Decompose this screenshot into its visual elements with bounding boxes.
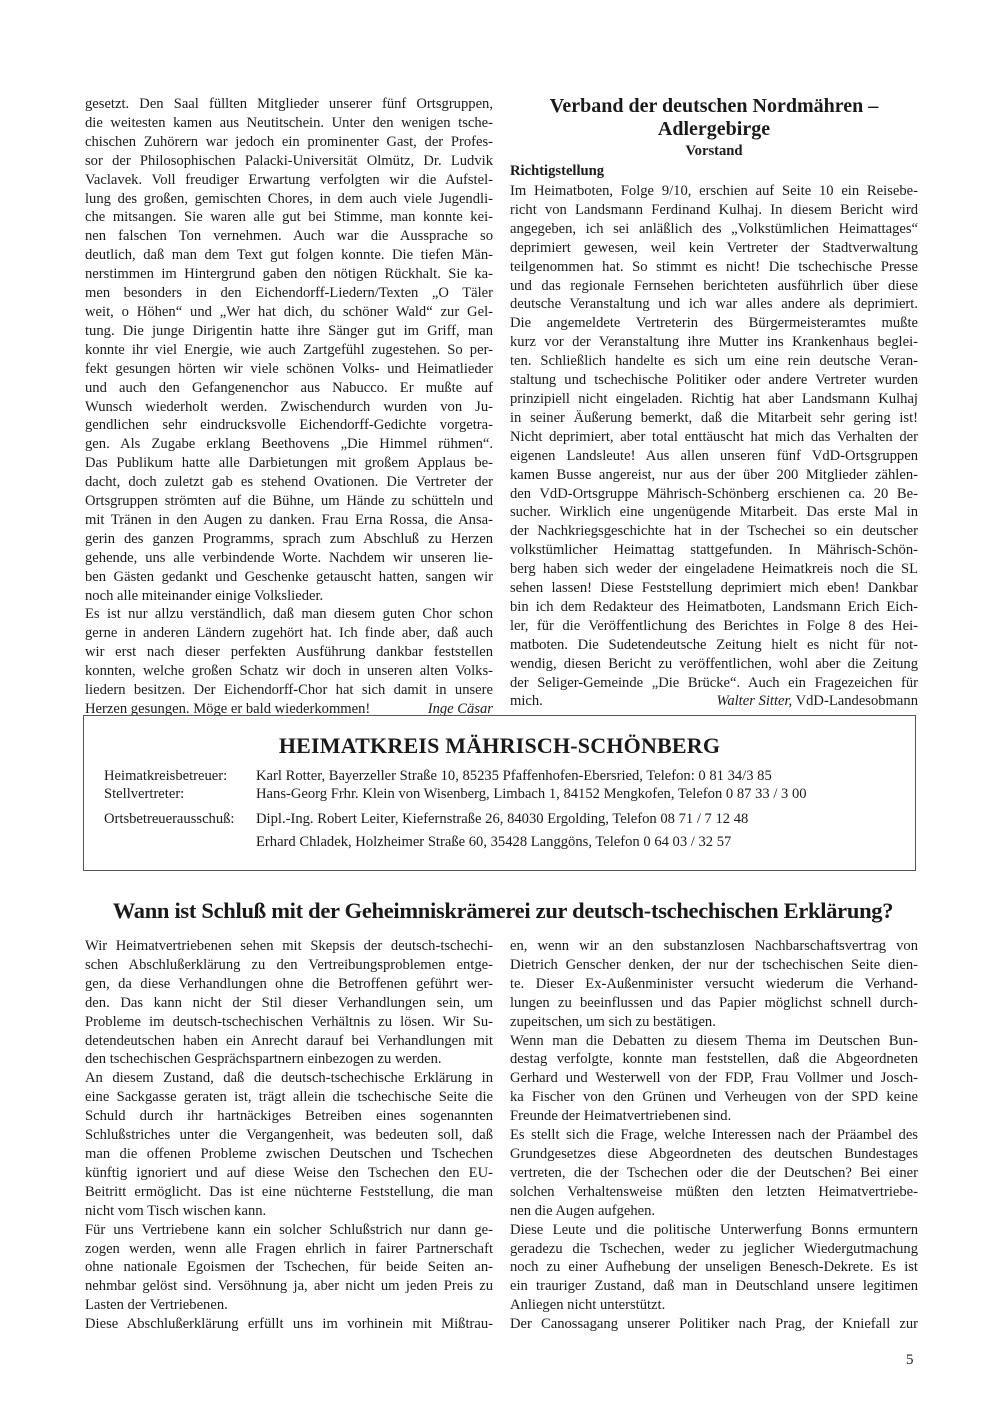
text-line: sucher. Wirklich eine ungenügende Mitarb… — [510, 503, 918, 522]
text-line: Die angemeldete Vertreterin des Bürgerme… — [510, 314, 918, 333]
text-line: geradezu die Tschechen, weder zu jeglich… — [510, 1240, 918, 1259]
text-line: Diese Abschlußerklärung erfüllt uns im v… — [85, 1315, 493, 1334]
contact-label: Heimatkreisbetreuer: — [104, 767, 256, 785]
text-line: Im Heimatboten, Folge 9/10, erschien auf… — [510, 182, 918, 201]
text-line: chischen Zuhörern war jedoch ein promine… — [85, 133, 493, 152]
text-line: berg haben sich weder der eingeladene He… — [510, 560, 918, 579]
article-body: Im Heimatboten, Folge 9/10, erschien auf… — [510, 182, 918, 692]
contact-value: Hans-Georg Frhr. Klein von Wisenberg, Li… — [256, 786, 807, 802]
text-line: Wenn man die Debatten zu diesem Thema im… — [510, 1032, 918, 1051]
section-subheading: Vorstand — [510, 141, 918, 161]
text-line: che mitsangen. Sie waren alle gut bei St… — [85, 208, 493, 227]
page-number: 5 — [906, 1352, 914, 1369]
text-line: bin ich dem Redakteur des Heimatboten, L… — [510, 598, 918, 617]
text-line: Ortsgruppen strömten auf die Bühne, um H… — [85, 492, 493, 511]
text-line: staltung und tschechische Politiker oder… — [510, 371, 918, 390]
text-line: sehen lassen! Diese Feststellung deprimi… — [510, 579, 918, 598]
contact-label: Stellvertreter: — [104, 785, 256, 803]
contact-value: Karl Rotter, Bayerzeller Straße 10, 8523… — [256, 768, 772, 784]
text-line: Grundgesetzes diese Abgeordneten des deu… — [510, 1145, 918, 1164]
text-line: deutsche Veranstaltung und ich war alles… — [510, 295, 918, 314]
text-line: den tschechischen Gesprächspartnern einb… — [85, 1050, 493, 1069]
text-line: te. Dieser Ex-Außenminister versucht wie… — [510, 975, 918, 994]
contact-row: Erhard Chladek, Holzheimer Straße 60, 35… — [104, 833, 731, 851]
text-line: zogen werden, wenn alle Fragen ehrlich i… — [85, 1240, 493, 1259]
section-heading-line2: Adlergebirge — [510, 118, 918, 141]
text-line: kamen Busse angereist, nur aus der über … — [510, 466, 918, 485]
text-line: prinzipiell nicht eingeladen. Richtig ha… — [510, 390, 918, 409]
contact-row: Ortsbetreuerausschuß:Dipl.-Ing. Robert L… — [104, 810, 748, 828]
contact-row: Heimatkreisbetreuer:Karl Rotter, Bayerze… — [104, 767, 772, 785]
text-line: konnte ihr viel Energie, wie auch Zartge… — [85, 341, 493, 360]
text-line: lungen zu beeinflussen und das Papier mö… — [510, 994, 918, 1013]
contact-label: Ortsbetreuerausschuß: — [104, 810, 256, 828]
paragraph: gesetzt. Den Saal füllten Mitglieder uns… — [85, 95, 493, 605]
text-line: Gerhard und Westerwell von der FDP, Frau… — [510, 1069, 918, 1088]
heimatkreis-contact-box: HEIMATKREIS MÄHRISCH-SCHÖNBERG Heimatkre… — [83, 715, 916, 871]
article-continuation-chor: gesetzt. Den Saal füllten Mitglieder uns… — [85, 95, 493, 719]
text-line: nen die Augen aufgehen. — [510, 1202, 918, 1221]
text-line: ka Fischer von den Grünen und Verheugen … — [510, 1088, 918, 1107]
text-line: nehmbar gelöst sind. Versöhnung ja, aber… — [85, 1277, 493, 1296]
text-line: Es stellt sich die Frage, welche Interes… — [510, 1126, 918, 1145]
closing-text: mich. — [510, 692, 543, 711]
article-title: Richtigstellung — [510, 161, 918, 182]
contact-value: Dipl.-Ing. Robert Leiter, Kiefernstraße … — [256, 811, 748, 827]
text-line: mit Tränen in den Augen zu danken. Frau … — [85, 511, 493, 530]
text-line: destag verfolgte, konnte man feststellen… — [510, 1050, 918, 1069]
text-line: den. Das kann nicht der Stil dieser Verh… — [85, 994, 493, 1013]
text-line: sor der Philosophischen Palacki-Universi… — [85, 152, 493, 171]
text-line: liedern besitzen. Der Eichendorff-Chor h… — [85, 681, 493, 700]
text-line: lung des großen, gemischten Chores, in d… — [85, 190, 493, 209]
text-line: gesetzt. Den Saal füllten Mitglieder uns… — [85, 95, 493, 114]
text-line: künftig ignoriert und auf diese Weise de… — [85, 1164, 493, 1183]
text-line: gendlichen sehr eindrucksvolle Eichendor… — [85, 416, 493, 435]
text-line: Probleme im deutsch-tschechischen Verhäl… — [85, 1013, 493, 1032]
box-title: HEIMATKREIS MÄHRISCH-SCHÖNBERG — [84, 733, 915, 759]
text-line: noch alle miteinander einige Volkslieder… — [85, 587, 493, 606]
text-line: ler, für die Veröffentlichung des Berich… — [510, 617, 918, 636]
signature-line: mich. Walter Sitter, VdD-Landesobmann — [510, 692, 918, 711]
text-line: Nicht deprimiert, aber total enttäuscht … — [510, 428, 918, 447]
text-line: gehende, uns alle verbindende Worte. Nac… — [85, 549, 493, 568]
text-line: matboten. Die Sudetendeutsche Zeitung hi… — [510, 636, 918, 655]
text-line: Lasten der Vertriebenen. — [85, 1296, 493, 1315]
text-line: gerin des ganzen Programms, sprach zum A… — [85, 530, 493, 549]
paragraph: Es ist nur allzu verständlich, daß man d… — [85, 605, 493, 700]
text-line: tung. Die junge Dirigentin hatte ihre Sä… — [85, 322, 493, 341]
article-column-right: en, wenn wir an den substanzlosen Nachba… — [510, 937, 918, 1334]
text-line: der Nachkriegsgeschichte hat in der Tsch… — [510, 522, 918, 541]
text-line: Für uns Vertriebene kann ein solcher Sch… — [85, 1221, 493, 1240]
article-richtigstellung: Verband der deutschen Nordmähren – Adler… — [510, 95, 918, 711]
article-headline: Wann ist Schluß mit der Geheimniskrämere… — [88, 898, 918, 924]
contact-row: Stellvertreter:Hans-Georg Frhr. Klein vo… — [104, 785, 807, 803]
text-line: solchen Verhaltensweise müßten den letzt… — [510, 1183, 918, 1202]
text-line: ein trauriger Zustand, daß man in Deutsc… — [510, 1277, 918, 1296]
text-line: weit, o Höhen“ und „Wer hat dich, du sch… — [85, 303, 493, 322]
text-line: angegeben, ich sei anläßlich des „Volkst… — [510, 220, 918, 239]
text-line: teilgenommen hat. So stimmt es nicht! Di… — [510, 258, 918, 277]
text-line: gen. Als Zugabe erklang Beethovens „Die … — [85, 435, 493, 454]
text-line: konnten, welche großen Schatz wir doch i… — [85, 662, 493, 681]
text-line: vertreten, die der Tschechen oder die de… — [510, 1164, 918, 1183]
text-line: den VdD-Ortsgruppe Mährisch-Schönberg er… — [510, 485, 918, 504]
text-line: wir erst nach dieser perfekten Ausführun… — [85, 643, 493, 662]
text-line: der Seliger-Gemeinde „Die Brücke“. Auch … — [510, 674, 918, 693]
text-line: dacht, doch zuletzt gab es stehend Ovati… — [85, 473, 493, 492]
author-name: Walter Sitter, — [717, 693, 793, 709]
text-line: deutlich, daß man dem Text gut folgen ko… — [85, 246, 493, 265]
text-line: in seiner Äußerung bemerkt, daß die Mita… — [510, 409, 918, 428]
article-column-left: Wir Heimatvertriebenen sehen mit Skepsis… — [85, 937, 493, 1334]
text-line: Der Canossagang unserer Politiker nach P… — [510, 1315, 918, 1334]
text-line: gerne in anderen Ländern zugehört hat. I… — [85, 624, 493, 643]
text-line: Wir Heimatvertriebenen sehen mit Skepsis… — [85, 937, 493, 956]
text-line: wendig, diesen Bericht zu veröffentliche… — [510, 655, 918, 674]
text-line: Beitritt ermöglicht. Das ist eine nüchte… — [85, 1183, 493, 1202]
text-line: volkstümlicher Heimattag stattgefunden. … — [510, 541, 918, 560]
text-line: noch zu einer Aufhebung der unseligen Be… — [510, 1258, 918, 1277]
text-line: nerstimmen im Hintergrund gaben den nöti… — [85, 265, 493, 284]
section-heading: Verband der deutschen Nordmähren – — [510, 95, 918, 118]
text-line: richt von Landsmann Ferdinand Kulhaj. In… — [510, 201, 918, 220]
text-line: Das Publikum hatte alle Darbietungen mit… — [85, 454, 493, 473]
text-line: Dietrich Genscher denken, der nur der ts… — [510, 956, 918, 975]
contact-value: Erhard Chladek, Holzheimer Straße 60, 35… — [256, 834, 731, 850]
text-line: An diesem Zustand, daß die deutsch-tsche… — [85, 1069, 493, 1088]
text-line: fekt gesungen hörten wir viele schönen V… — [85, 360, 493, 379]
text-line: man die offenen Probleme zwischen Deutsc… — [85, 1145, 493, 1164]
text-line: zupeitschen, um sich zu bestätigen. — [510, 1013, 918, 1032]
text-line: und das regionale Fernsehen berichteten … — [510, 277, 918, 296]
text-line: Freunde der Heimatvertriebenen sind. — [510, 1107, 918, 1126]
author-role: VdD-Landesobmann — [796, 693, 918, 709]
text-line: eigenen Landsleute! Aus allen unseren fü… — [510, 447, 918, 466]
text-line: die weitesten kamen aus Neutitschein. Un… — [85, 114, 493, 133]
text-line: schen Abschlußerklärung zu den Vertreibu… — [85, 956, 493, 975]
text-line: Vaclavek. Voll freudiger Erwartung verfo… — [85, 171, 493, 190]
text-line: Diese Leute und die politische Unterwerf… — [510, 1221, 918, 1240]
text-line: Schuld durch ihr hartnäckiges Betreiben … — [85, 1107, 493, 1126]
text-line: deprimiert gewesen, weil kein Vertreter … — [510, 239, 918, 258]
text-line: kurz vor der Veranstaltung ihre Mutter i… — [510, 333, 918, 352]
text-line: Anliegen nicht unterstützt. — [510, 1296, 918, 1315]
text-line: ben Gästen gedankt und Geschenke getausc… — [85, 568, 493, 587]
text-line: en, wenn wir an den substanzlosen Nachba… — [510, 937, 918, 956]
text-line: Schlußstriches unter die Vergangenheit, … — [85, 1126, 493, 1145]
text-line: men besonders in den Eichendorff-Liedern… — [85, 284, 493, 303]
text-line: ten. Schließlich handelte es sich um ein… — [510, 352, 918, 371]
text-line: nen falschen Ton vernehmen. Auch war die… — [85, 227, 493, 246]
text-line: eine Sackgasse geraten ist, trägt allein… — [85, 1088, 493, 1107]
text-line: und auch den Gefangenenchor aus Nabucco.… — [85, 379, 493, 398]
text-line: Es ist nur allzu verständlich, daß man d… — [85, 605, 493, 624]
text-line: detendeutschen haben ein Anrecht darauf … — [85, 1032, 493, 1051]
text-line: nicht vom Tisch wischen kann. — [85, 1202, 493, 1221]
text-line: gen, da diese Verhandlungen ohne die Bet… — [85, 975, 493, 994]
text-line: Wunsch wiederholt werden. Zwischendurch … — [85, 398, 493, 417]
text-line: ohne nationale Egoismen der Tschechen, f… — [85, 1258, 493, 1277]
